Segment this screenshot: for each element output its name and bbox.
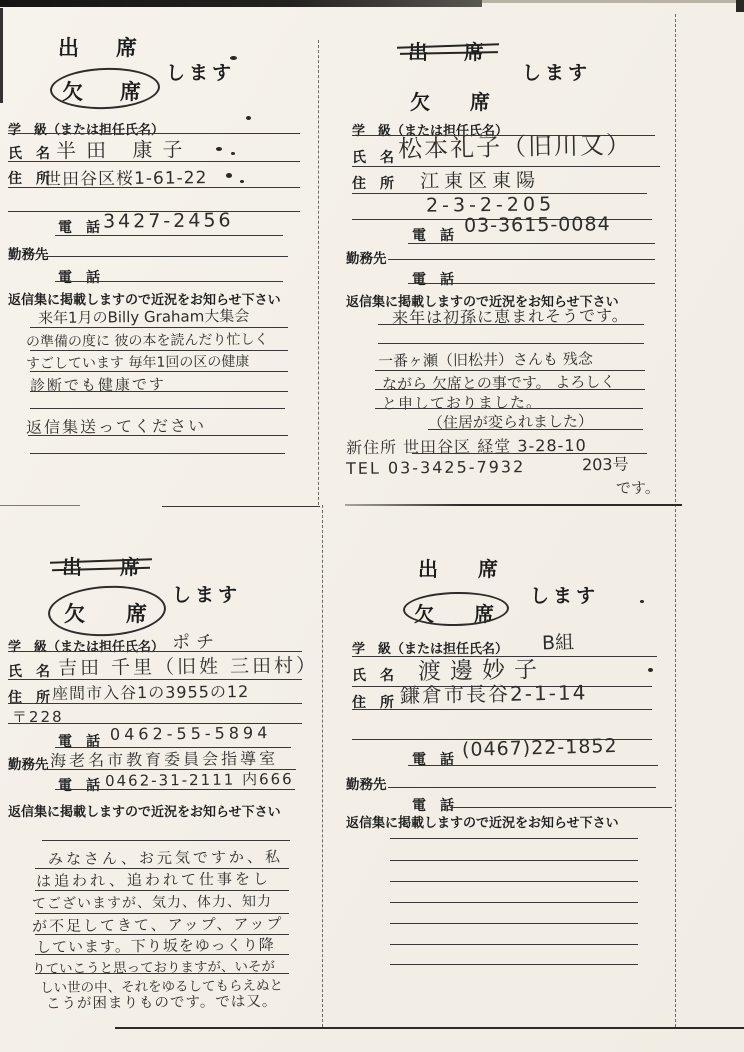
workplace-field-label: 勤務先 [346,773,387,793]
message-underline [390,902,638,903]
field-underline [352,709,652,710]
field-underline [408,765,658,766]
message-underline [390,964,638,965]
phone-field-label: 電 話 [412,749,454,769]
field-underline [450,807,672,808]
attend-option: 出 席 [418,553,508,582]
shimasu-label: します [530,581,599,608]
field-underline [388,787,656,788]
message-underline [390,944,638,945]
phone-field-value: (0467)22-1852 [462,735,618,761]
message-underline [390,881,638,882]
scanned-reply-forms-page: 出 席 します 欠 席 学 級（または担任氏名） 氏 名 半田 康子 住 所 世… [0,0,744,1052]
message-underline [390,923,638,924]
news-prompt: 返信集に掲載しますので近況をお知らせ下さい [346,812,619,831]
class-field-value: B組 [542,627,575,655]
message-underline [390,860,638,861]
name-field-label: 氏 名 [352,665,394,685]
address-field-value: 鎌倉市長谷2-1-14 [400,676,588,708]
reply-card-bottom-right: 出 席 します 欠 席 学 級（または担任氏名） B組 氏 名 渡邊妙子 住 所… [0,0,744,1052]
message-underline [390,838,638,839]
